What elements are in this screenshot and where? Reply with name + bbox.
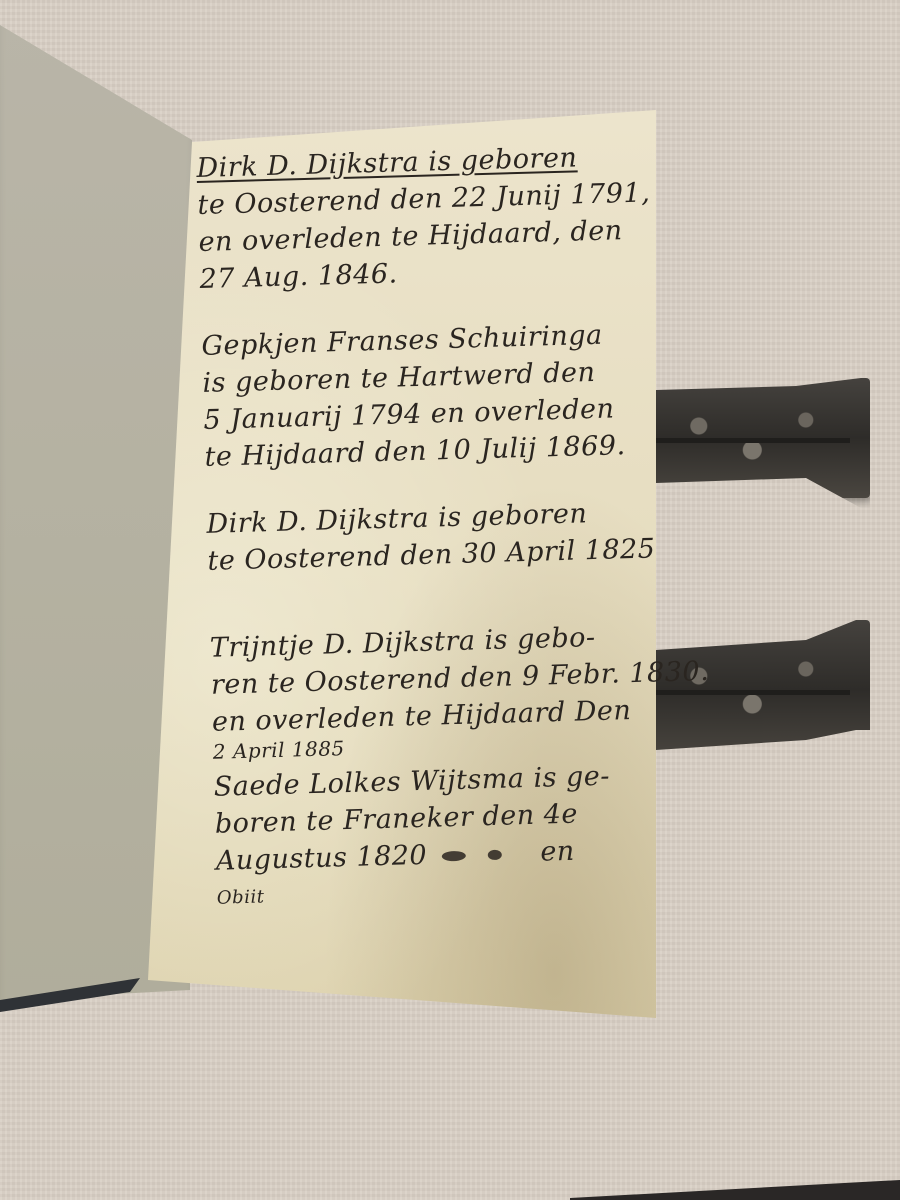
register-text: Dirk D. Dijkstra is geboren te Oosterend… bbox=[196, 137, 668, 946]
entry-3: Dirk D. Dijkstra is geboren te Oosterend… bbox=[206, 493, 658, 580]
book-clasp-bottom bbox=[656, 620, 870, 760]
table-edge bbox=[570, 1160, 900, 1200]
entry-line-date: Augustus 1820 bbox=[215, 840, 427, 877]
ink-blot bbox=[442, 850, 466, 861]
ink-blot bbox=[487, 849, 501, 859]
entry-4: Trijntje D. Dijkstra is gebo- ren te Oos… bbox=[209, 617, 663, 763]
book-clasp-top bbox=[656, 378, 870, 498]
photo-scene: Dirk D. Dijkstra is geboren te Oosterend… bbox=[0, 0, 900, 1200]
entry-line-word: en bbox=[540, 836, 575, 868]
entry-5: Saede Lolkes Wijtsma is ge- boren te Fra… bbox=[213, 756, 667, 917]
entry-1: Dirk D. Dijkstra is geboren te Oosterend… bbox=[196, 137, 650, 298]
entry-2: Gepkjen Franses Schuiringa is geboren te… bbox=[201, 315, 655, 476]
